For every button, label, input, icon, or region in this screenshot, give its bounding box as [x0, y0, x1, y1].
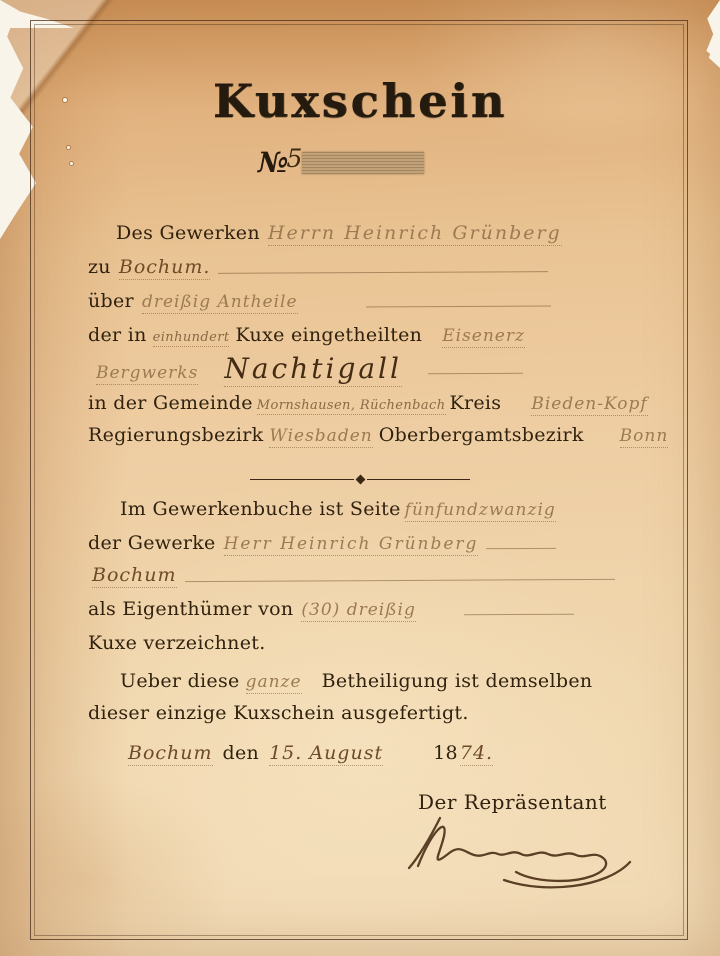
printed-text: Betheiligung ist demselben	[322, 670, 593, 692]
handwritten-ganze: ganze	[246, 672, 302, 694]
line-owner-place: Bochum	[92, 564, 615, 588]
signature	[402, 808, 642, 898]
printed-text: als Eigenthümer von	[88, 598, 293, 620]
handwritten-total-kuxe: einhundert	[153, 330, 230, 347]
handwritten-oberbergamt: Bonn	[620, 426, 669, 448]
printed-text: Des Gewerken	[116, 222, 260, 244]
filler-rule	[486, 547, 556, 548]
line-gewerkenbuch: Im Gewerkenbuche ist Seite fünfundzwanzi…	[120, 498, 556, 522]
filler-rule	[185, 578, 615, 581]
handwritten-place: Bochum	[92, 564, 177, 588]
line-mine-name: Bergwerks Nachtigall	[96, 352, 523, 387]
line-date: Bochum den 15. August 18 74.	[128, 742, 493, 766]
handwritten-year: 74.	[460, 742, 493, 766]
printed-text: Kuxe verzeichnet.	[88, 632, 266, 654]
line-bezirk: Regierungsbezirk Wiesbaden Oberbergamtsb…	[88, 424, 668, 448]
document-title: Kuxschein	[0, 74, 720, 128]
printed-text: den	[223, 742, 260, 764]
line-zu: zu Bochum.	[88, 256, 548, 280]
line-gemeinde-kreis: in der Gemeinde Mornshausen, Rüchenbach …	[88, 392, 648, 416]
printed-year-prefix: 18	[433, 742, 458, 764]
line-verzeichnet: Kuxe verzeichnet.	[88, 632, 266, 654]
handwritten-regierungsbezirk: Wiesbaden	[269, 426, 372, 448]
printed-text: Im Gewerkenbuche ist Seite	[120, 498, 401, 520]
signature-block: Der Repräsentant	[418, 790, 607, 814]
handwritten-owner-name: Herr Heinrich Grünberg	[224, 534, 479, 556]
handwritten-kuxe-count: (30) dreißig	[301, 600, 415, 622]
number-symbol: №	[258, 146, 288, 179]
line-gewerken: Des Gewerken Herrn Heinrich Grünberg	[116, 222, 562, 246]
filler-rule	[366, 305, 551, 307]
line-ueber: über dreißig Antheile	[88, 290, 551, 314]
printed-text: Regierungsbezirk	[88, 424, 263, 446]
line-eigenthuemer: als Eigenthümer von (30) dreißig	[88, 598, 574, 622]
printed-text: zu	[88, 256, 111, 278]
handwritten-place: Bochum.	[119, 256, 211, 280]
printed-text: über	[88, 290, 134, 312]
printed-text: dieser einzige Kuxschein ausgefertigt.	[88, 702, 469, 724]
handwritten-gemeinde: Mornshausen, Rüchenbach	[257, 398, 446, 415]
handwritten-ore-type: Eisenerz	[442, 326, 525, 348]
handwritten-page-number: fünfundzwanzig	[405, 500, 556, 522]
handwritten-date: 15. August	[269, 742, 383, 766]
handwritten-date-place: Bochum	[128, 742, 213, 766]
number-hatch-box: 5	[302, 152, 424, 174]
divider-line	[250, 479, 354, 480]
printed-text: der in	[88, 324, 147, 346]
printed-text: Kreis	[450, 392, 502, 414]
line-ausgefertigt: dieser einzige Kuxschein ausgefertigt.	[88, 702, 469, 724]
section-divider	[250, 476, 470, 483]
line-kuxe-eingetheilt: der in einhundert Kuxe eingetheilten Eis…	[88, 324, 525, 348]
number-row: № 5	[258, 146, 424, 179]
handwritten-mine-name: Nachtigall	[224, 352, 402, 387]
handwritten-bergwerks: Bergwerks	[96, 363, 198, 385]
number-value: 5	[286, 144, 303, 173]
handwritten-owner-name: Herrn Heinrich Grünberg	[268, 222, 562, 246]
filler-rule	[218, 271, 548, 274]
certificate-scan: Kuxschein № 5 Des Gewerken Herrn Heinric…	[0, 0, 720, 956]
divider-diamond	[355, 475, 365, 485]
printed-text: in der Gemeinde	[88, 392, 253, 414]
printed-text: Oberbergamtsbezirk	[379, 424, 584, 446]
printed-text: der Gewerke	[88, 532, 216, 554]
line-gewerke-name: der Gewerke Herr Heinrich Grünberg	[88, 532, 556, 556]
filler-rule	[464, 613, 574, 615]
filler-rule	[428, 373, 523, 374]
printed-text: Kuxe eingetheilten	[235, 324, 422, 346]
divider-line	[367, 479, 471, 480]
handwritten-share-count: dreißig Antheile	[142, 292, 298, 314]
line-betheiligung: Ueber diese ganze Betheiligung ist demse…	[120, 670, 592, 694]
handwritten-kreis: Bieden-Kopf	[531, 394, 647, 416]
printed-text: Ueber diese	[120, 670, 240, 692]
